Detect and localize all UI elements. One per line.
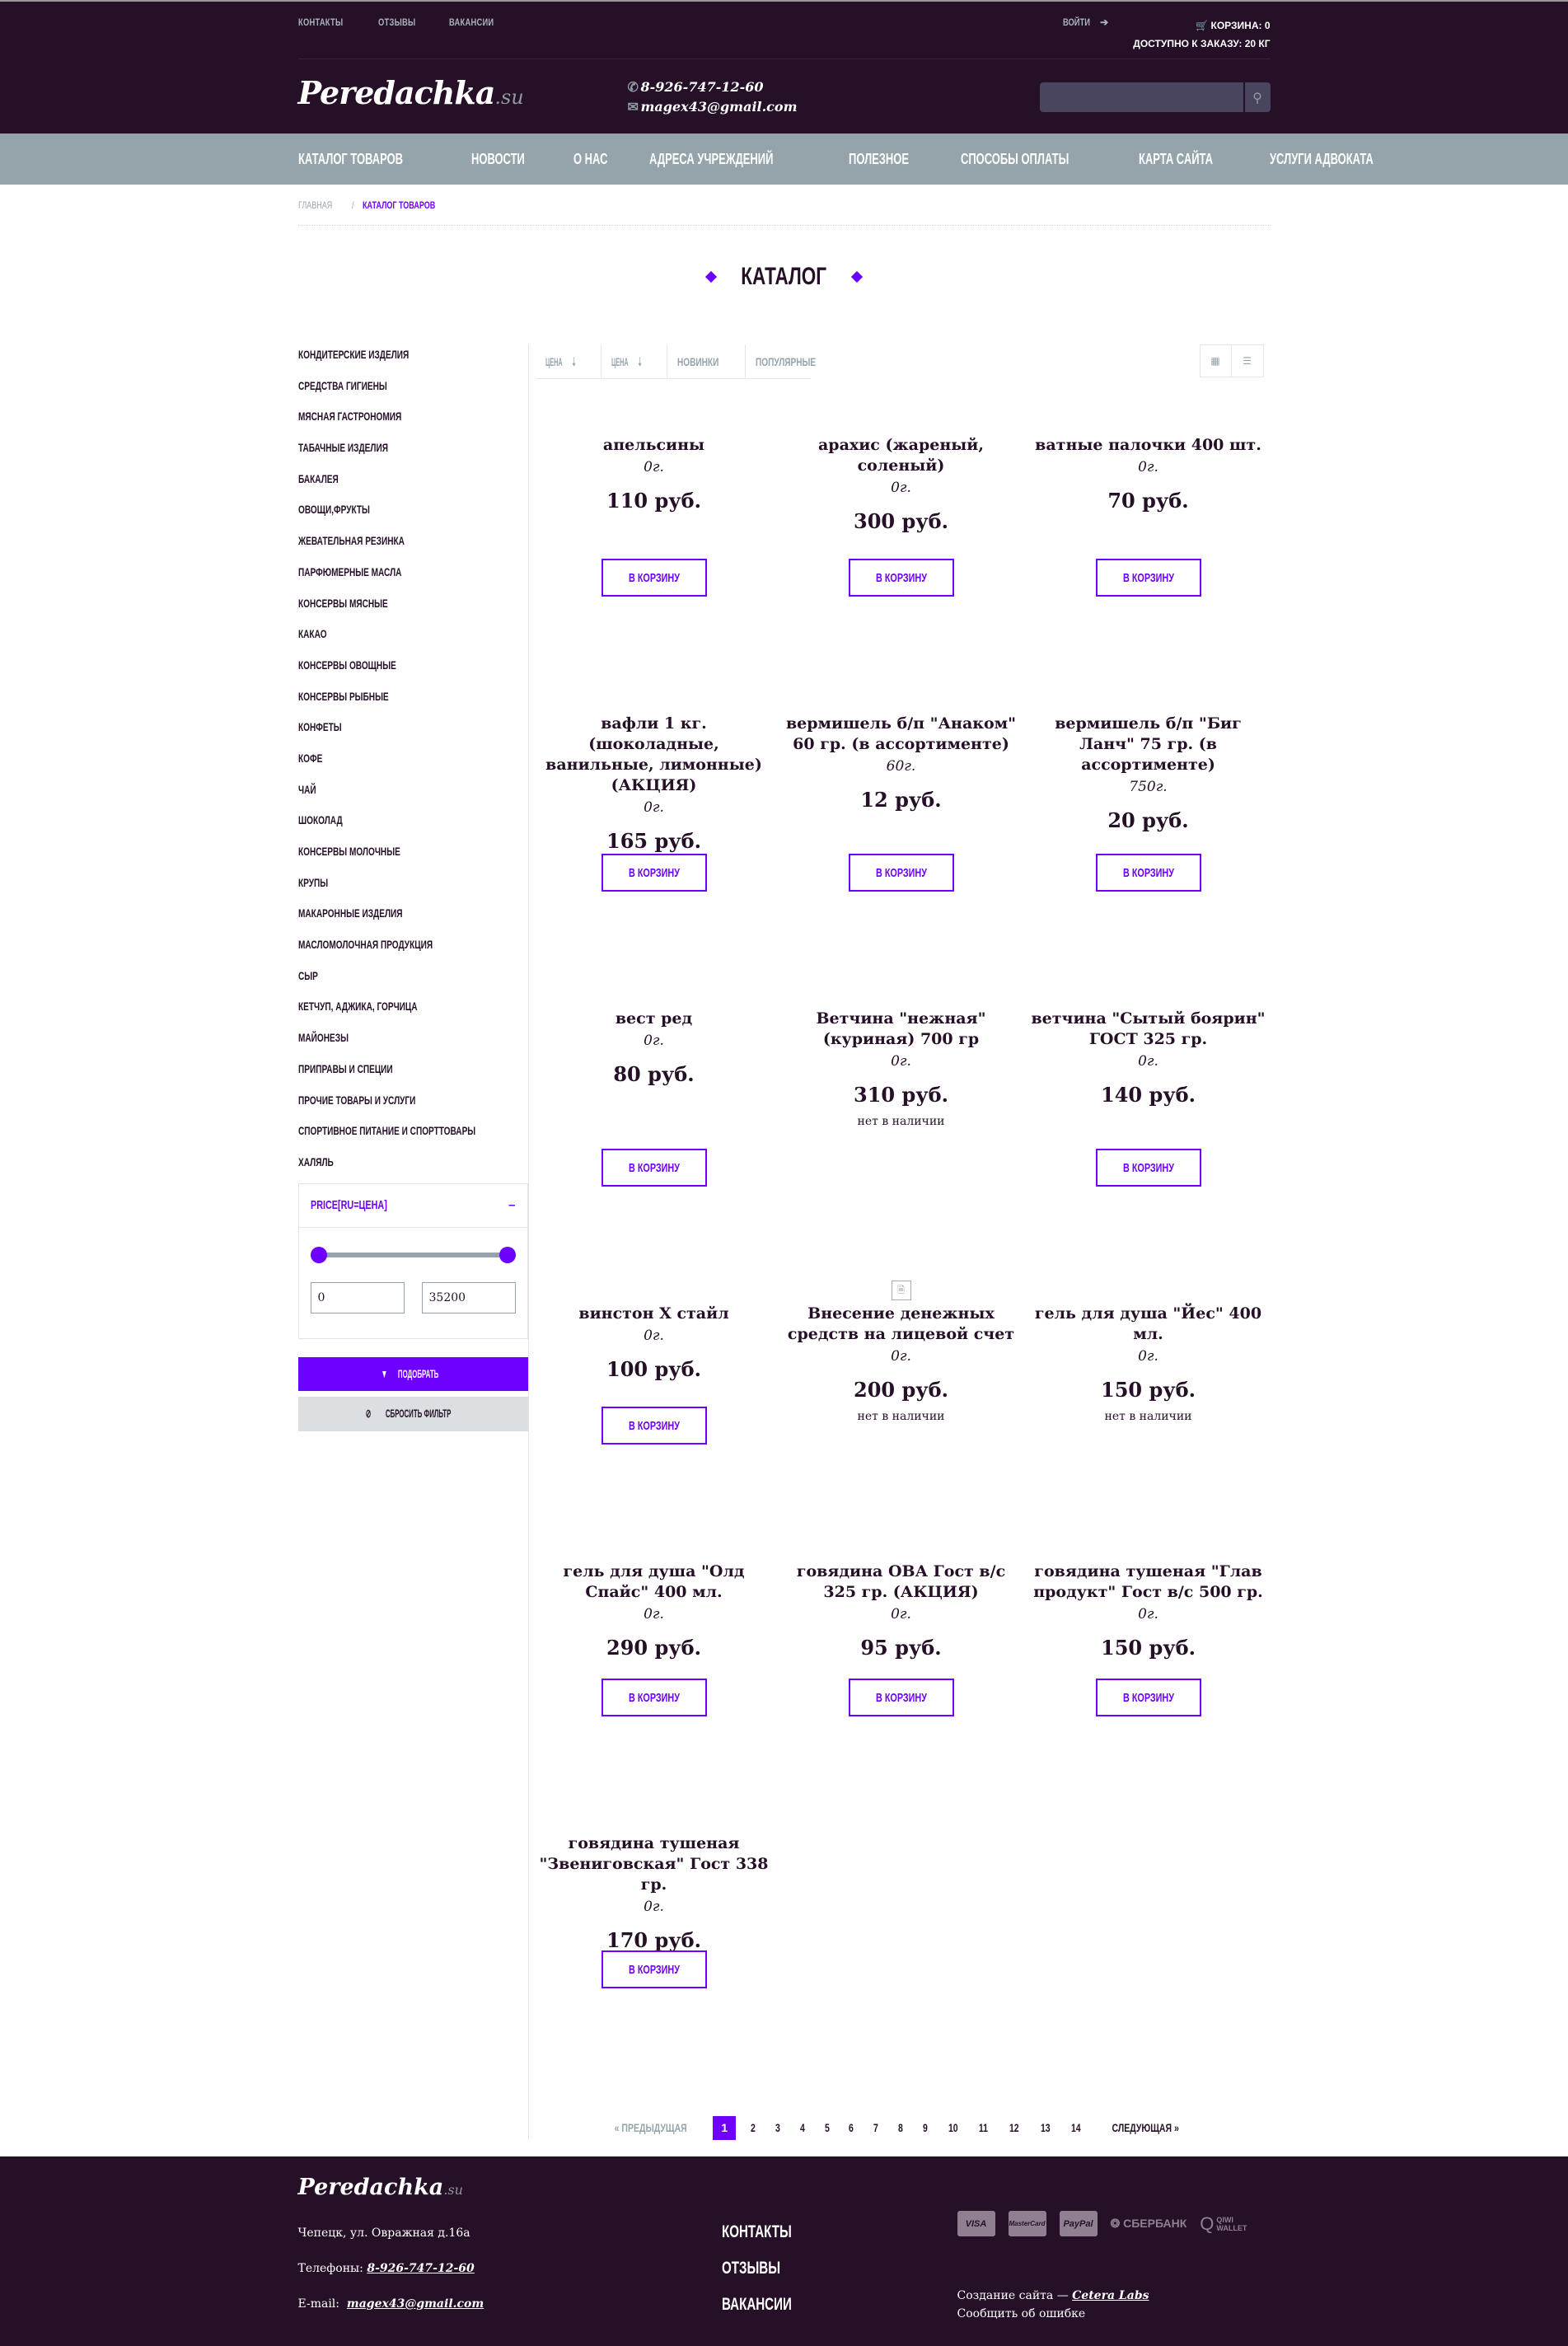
footer-link-contacts[interactable]: КОНТАКТЫ [722,2222,792,2242]
product-name[interactable]: гель для душа "Олд Спайс" 400 мл. [534,1562,775,1603]
product-name[interactable]: вермишель б/п "Биг Ланч" 75 гр. (в ассор… [1028,714,1269,775]
sidebar-category[interactable]: ТАБАЧНЫЕ ИЗДЕЛИЯ [298,438,528,469]
sidebar-category[interactable]: ШОКОЛАД [298,810,528,841]
pagination-next[interactable]: СЛЕДУЮЩАЯ » [1105,2121,1186,2134]
cart-count: КОРЗИНА: 0 [1211,20,1271,31]
apply-filter-button[interactable]: ▼ ПОДОБРАТЬ [298,1357,528,1391]
pagination-page[interactable]: 6 [842,2121,860,2134]
product-grid: апельсины0г.110 руб.В КОРЗИНУарахис (жар… [531,412,1272,2082]
envelope-icon: ✉ [628,97,641,117]
product-weight: 750г. [1028,779,1269,795]
sidebar-category[interactable]: КОНФЕТЫ [298,717,528,748]
ban-icon: ⊘ [365,1407,371,1421]
product-price: 200 руб. [781,1378,1022,1402]
product-price: 95 руб. [781,1636,1022,1660]
product-card: говядина ОВА Гост в/с 325 гр. (АКЦИЯ)0г.… [778,1538,1025,1810]
top-links: КОНТАКТЫ ОТЗЫВЫ ВАКАНСИИ [298,16,508,28]
search-input[interactable] [1040,82,1243,112]
product-card: говядина тушеная "Глав продукт" Гост в/с… [1025,1538,1272,1810]
filter-title: PRICE[RU=ЦЕНА] [311,1198,387,1212]
add-to-cart-button[interactable]: В КОРЗИНУ [849,854,954,892]
add-to-cart-button[interactable]: В КОРЗИНУ [1096,1149,1201,1187]
sort-popular[interactable]: ПОПУЛЯРНЫЕ [746,344,850,379]
pagination-page[interactable]: 2 [744,2121,762,2134]
pagination: « ПРЕДЫДУЩАЯ1234567891011121314СЛЕДУЮЩАЯ… [521,2115,1272,2140]
sidebar-category[interactable]: ХАЛЯЛЬ [298,1152,528,1183]
product-card: гель для душа "Йес" 400 мл.0г.150 руб.не… [1025,1281,1272,1538]
sidebar-category[interactable]: СРЕДСТВА ГИГИЕНЫ [298,376,528,407]
page-title: КАТАЛОГ [298,262,1271,311]
header-contacts: ✆8-926-747-12-60 ✉magex43@gmail.com [628,77,798,117]
pagination-page[interactable]: 4 [793,2121,812,2134]
product-name[interactable]: ветчина "Сытый боярин" ГОСТ 325 гр. [1028,1009,1269,1050]
product-price: 290 руб. [534,1636,775,1660]
site-logo[interactable]: Peredachka.su [298,74,524,111]
view-toggle: ▦ ☰ [1200,344,1264,377]
sign-in-icon: ➔ [1100,16,1108,28]
pagination-page[interactable]: 1 [713,2116,736,2140]
product-price: 150 руб. [1028,1636,1269,1660]
product-weight: 0г. [534,1328,775,1344]
product-name[interactable]: ватные палочки 400 шт. [1028,435,1269,456]
add-to-cart-button[interactable]: В КОРЗИНУ [601,1679,707,1716]
product-weight: 0г. [534,799,775,816]
pagination-page[interactable]: 9 [916,2121,934,2134]
nav-sitemap[interactable]: КАРТА САЙТА [1139,151,1213,168]
collapse-icon[interactable]: – [508,1198,515,1212]
product-card: Ветчина "нежная" (куриная) 700 гр0г.310 … [778,986,1025,1281]
price-max-input[interactable] [422,1282,516,1313]
sidebar-category[interactable]: КАКАО [298,624,528,655]
product-weight: 0г. [534,1033,775,1049]
list-view-button[interactable]: ☰ [1232,345,1263,377]
sidebar-category[interactable]: МАКАРОННЫЕ ИЗДЕЛИЯ [298,903,528,934]
pagination-page[interactable]: 11 [972,2121,995,2134]
product-card: вест ред0г.80 руб.В КОРЗИНУ [531,986,778,1281]
slider-track [319,1253,508,1257]
pagination-page[interactable]: 10 [941,2121,964,2134]
add-to-cart-button[interactable]: В КОРЗИНУ [1096,1679,1201,1716]
mastercard-icon: MasterCard [1009,2211,1046,2236]
product-weight: 0г. [781,480,1022,496]
developer-link[interactable]: Cetera Labs [1072,2289,1149,2302]
product-price: 100 руб. [534,1357,775,1381]
product-name[interactable]: Внесение денежных средств на лицевой сче… [781,1304,1022,1345]
product-card: арахис (жареный, соленый)0г.300 руб.В КО… [778,412,1025,691]
header-email[interactable]: magex43@gmail.com [641,99,798,115]
top-link-reviews[interactable]: ОТЗЫВЫ [378,16,415,28]
paypal-icon: PayPal [1060,2211,1098,2236]
product-name[interactable]: Ветчина "нежная" (куриная) 700 гр [781,1009,1022,1050]
slider-handle-min[interactable] [311,1247,327,1263]
phone-icon: ✆ [628,77,641,97]
search-button[interactable]: ⚲ [1243,82,1271,112]
payment-methods: VISA MasterCard PayPal ❂ СБЕРБАНК QQIWI … [957,2211,1247,2236]
reset-filter-button[interactable]: ⊘ СБРОСИТЬ ФИЛЬТР [298,1397,528,1431]
breadcrumb-separator: / [352,199,354,211]
pagination-page[interactable]: 3 [769,2121,787,2134]
nav-catalog[interactable]: КАТАЛОГ ТОВАРОВ [298,151,403,168]
stock-status: нет в наличии [1028,1410,1269,1423]
add-to-cart-button[interactable]: В КОРЗИНУ [849,1679,954,1716]
add-to-cart-button[interactable]: В КОРЗИНУ [601,559,707,597]
product-weight: 0г. [1028,1053,1269,1070]
product-weight: 0г. [1028,459,1269,475]
sidebar-category[interactable]: МАСЛОМОЛОЧНАЯ ПРОДУКЦИЯ [298,934,528,966]
footer-contacts: Чепецк, ул. Овражная д.16а Телефоны: 8-9… [298,2216,484,2322]
sidebar-category[interactable]: СПОРТИВНОЕ ПИТАНИЕ И СПОРТТОВАРЫ [298,1121,528,1152]
reset-filter-label: СБРОСИТЬ ФИЛЬТР [385,1407,450,1420]
sidebar-category[interactable]: КОНСЕРВЫ РЫБНЫЕ [298,686,528,718]
product-price: 12 руб. [781,788,1022,812]
product-price: 70 руб. [1028,489,1269,513]
login-link[interactable]: ВОЙТИ ➔ [1063,16,1109,28]
product-price: 80 руб. [534,1062,775,1086]
sidebar-category[interactable]: КОФЕ [298,748,528,780]
nav-addresses[interactable]: АДРЕСА УЧРЕЖДЕНИЙ [649,151,773,168]
product-card: ватные палочки 400 шт.0г.70 руб.В КОРЗИН… [1025,412,1272,691]
header-phone[interactable]: 8-926-747-12-60 [641,79,764,95]
pagination-page[interactable]: 8 [892,2121,910,2134]
sidebar-category[interactable]: СЫР [298,966,528,997]
pagination-page[interactable]: 12 [1003,2121,1026,2134]
sort-price-asc[interactable]: ЦЕНА ⇣ [601,344,667,379]
sidebar-category[interactable]: КОНСЕРВЫ ОВОЩНЫЕ [298,655,528,686]
diamond-icon [705,271,717,283]
add-to-cart-button[interactable]: В КОРЗИНУ [601,1950,707,1988]
list-icon: ☰ [1243,355,1252,367]
nav-payment[interactable]: СПОСОБЫ ОПЛАТЫ [961,151,1069,168]
sidebar-category[interactable]: БАКАЛЕЯ [298,469,528,500]
breadcrumb: ГЛАВНАЯ / КАТАЛОГ ТОВАРОВ [298,185,1271,226]
product-card: вермишель б/п "Биг Ланч" 75 гр. (в ассор… [1025,691,1272,986]
product-price: 170 руб. [534,1928,775,1952]
product-name[interactable]: вермишель б/п "Анаком" 60 гр. (в ассорти… [781,714,1022,755]
footer-logo[interactable]: Peredachka.su [298,2175,463,2200]
add-to-cart-button[interactable]: В КОРЗИНУ [1096,854,1201,892]
cart-icon: 🛒 [1196,20,1208,31]
sberbank-icon: ❂ СБЕРБАНК [1111,2217,1187,2231]
main-nav: КАТАЛОГ ТОВАРОВ НОВОСТИ О НАС АДРЕСА УЧР… [0,133,1568,185]
stock-status: нет в наличии [781,1410,1022,1423]
add-to-cart-button[interactable]: В КОРЗИНУ [601,1407,707,1445]
sort-new[interactable]: НОВИНКИ [667,344,746,379]
nav-useful[interactable]: ПОЛЕЗНОЕ [849,151,909,168]
sidebar-category[interactable]: КЕТЧУП, АДЖИКА, ГОРЧИЦА [298,996,528,1028]
sort-bar: ЦЕНА ⇣ ЦЕНА ⇣ НОВИНКИ ПОПУЛЯРНЫЕ [536,344,811,379]
sort-asc-icon: ⇣ [637,355,642,369]
product-card: ветчина "Сытый боярин" ГОСТ 325 гр.0г.14… [1025,986,1272,1281]
product-card: 🗎Внесение денежных средств на лицевой сч… [778,1281,1025,1538]
available-weight: ДОСТУПНО К ЗАКАЗУ: 20 КГ [1133,35,1270,53]
product-name[interactable]: говядина тушеная "Глав продукт" Гост в/с… [1028,1562,1269,1603]
qiwi-icon: QQIWI WALLET [1200,2216,1246,2232]
sidebar-category[interactable]: КОНСЕРВЫ МЯСНЫЕ [298,593,528,625]
sidebar-category[interactable]: КОНСЕРВЫ МОЛОЧНЫЕ [298,841,528,873]
nav-news[interactable]: НОВОСТИ [471,151,525,168]
product-card: апельсины0г.110 руб.В КОРЗИНУ [531,412,778,691]
top-bar: КОНТАКТЫ ОТЗЫВЫ ВАКАНСИИ ВОЙТИ ➔ 🛒 КОРЗИ… [298,2,1271,59]
report-error-link[interactable]: Сообщить об ошибке [957,2305,1149,2323]
product-price: 165 руб. [534,829,775,853]
search-box: ⚲ [1040,82,1271,112]
product-weight: 0г. [781,1053,1022,1070]
sidebar-category[interactable]: ЧАЙ [298,780,528,811]
product-name[interactable]: апельсины [534,435,775,456]
broken-image-icon: 🗎 [892,1281,911,1300]
product-card: вафли 1 кг. (шоколадные, ванильные, лимо… [531,691,778,986]
page-title-text: КАТАЛОГ [742,263,827,291]
footer-address: Чепецк, ул. Овражная д.16а [298,2216,484,2251]
cart-info: 🛒 КОРЗИНА: 0 ДОСТУПНО К ЗАКАЗУ: 20 КГ [1133,16,1270,53]
site-footer: Peredachka.su Чепецк, ул. Овражная д.16а… [0,2156,1568,2346]
product-price: 310 руб. [781,1083,1022,1107]
footer-link-vacancies[interactable]: ВАКАНСИИ [722,2295,792,2315]
product-card: вермишель б/п "Анаком" 60 гр. (в ассорти… [778,691,1025,986]
search-icon: ⚲ [1252,90,1262,105]
add-to-cart-button[interactable]: В КОРЗИНУ [601,1149,707,1187]
apply-filter-label: ПОДОБРАТЬ [398,1367,438,1380]
top-link-vacancies[interactable]: ВАКАНСИИ [449,16,494,28]
sidebar-category[interactable]: ПРИПРАВЫ И СПЕЦИИ [298,1059,528,1090]
filter-header[interactable]: PRICE[RU=ЦЕНА] – [299,1184,527,1228]
product-weight: 0г. [1028,1348,1269,1365]
footer-credit: Создание сайта — Cetera Labs Сообщить об… [957,2287,1149,2323]
category-list: КОНДИТЕРСКИЕ ИЗДЕЛИЯСРЕДСТВА ГИГИЕНЫМЯСН… [298,344,528,1183]
product-name[interactable]: вафли 1 кг. (шоколадные, ванильные, лимо… [534,714,775,796]
pagination-page[interactable]: 7 [867,2121,885,2134]
product-name[interactable]: вест ред [534,1009,775,1029]
grid-view-button[interactable]: ▦ [1201,345,1232,377]
sidebar-category[interactable]: ПРОЧИЕ ТОВАРЫ И УСЛУГИ [298,1090,528,1121]
add-to-cart-button[interactable]: В КОРЗИНУ [1096,559,1201,597]
sort-price-desc[interactable]: ЦЕНА ⇣ [536,344,601,379]
cart-link[interactable]: 🛒 КОРЗИНА: 0 [1133,16,1270,35]
product-name[interactable]: говядина тушеная "Звениговская" Гост 338… [534,1833,775,1895]
product-name[interactable]: винстон X стайл [534,1304,775,1324]
sidebar-category[interactable]: ЖЕВАТЕЛЬНАЯ РЕЗИНКА [298,531,528,562]
pagination-prev[interactable]: « ПРЕДЫДУЩАЯ [607,2121,694,2134]
product-price: 150 руб. [1028,1378,1269,1402]
sort-desc-icon: ⇣ [571,355,576,369]
breadcrumb-current[interactable]: КАТАЛОГ ТОВАРОВ [363,199,435,211]
product-weight: 0г. [534,459,775,475]
footer-email[interactable]: magex43@gmail.com [347,2297,484,2311]
stock-status: нет в наличии [781,1115,1022,1128]
product-price: 20 руб. [1028,808,1269,832]
product-name[interactable]: арахис (жареный, соленый) [781,435,1022,476]
price-range-slider[interactable] [311,1246,516,1264]
nav-about[interactable]: О НАС [573,151,607,168]
product-card: говядина тушеная "Звениговская" Гост 338… [531,1810,778,2082]
site-header: КОНТАКТЫ ОТЗЫВЫ ВАКАНСИИ ВОЙТИ ➔ 🛒 КОРЗИ… [0,0,1568,133]
product-weight: 0г. [781,1348,1022,1365]
sidebar-category[interactable]: КОНДИТЕРСКИЕ ИЗДЕЛИЯ [298,344,528,376]
top-link-contacts[interactable]: КОНТАКТЫ [298,16,343,28]
product-price: 140 руб. [1028,1083,1269,1107]
catalog-main: ЦЕНА ⇣ ЦЕНА ⇣ НОВИНКИ ПОПУЛЯРНЫЕ ▦ ☰ апе… [529,344,1272,2140]
product-price: 300 руб. [781,509,1022,533]
product-weight: 0г. [534,1899,775,1915]
price-min-input[interactable] [311,1282,405,1313]
visa-icon: VISA [957,2211,995,2236]
nav-lawyer[interactable]: УСЛУГИ АДВОКАТА [1270,151,1374,168]
product-weight: 0г. [1028,1606,1269,1623]
footer-links: КОНТАКТЫ ОТЗЫВЫ ВАКАНСИИ [722,2222,819,2315]
add-to-cart-button[interactable]: В КОРЗИНУ [849,559,954,597]
sidebar-category[interactable]: КРУПЫ [298,873,528,904]
pagination-page[interactable]: 13 [1033,2121,1056,2134]
login-label: ВОЙТИ [1063,16,1090,28]
pagination-page[interactable]: 5 [817,2121,835,2134]
logo-suffix: .su [494,86,523,109]
diamond-icon [851,271,863,283]
footer-link-reviews[interactable]: ОТЗЫВЫ [722,2259,792,2278]
product-card: гель для душа "Олд Спайс" 400 мл.0г.290 … [531,1538,778,1810]
sidebar: КОНДИТЕРСКИЕ ИЗДЕЛИЯСРЕДСТВА ГИГИЕНЫМЯСН… [298,344,529,2140]
product-weight: 60г. [781,758,1022,775]
product-name[interactable]: гель для душа "Йес" 400 мл. [1028,1304,1269,1345]
footer-phone[interactable]: 8-926-747-12-60 [367,2262,474,2275]
product-name[interactable]: говядина ОВА Гост в/с 325 гр. (АКЦИЯ) [781,1562,1022,1603]
sidebar-category[interactable]: ПАРФЮМЕРНЫЕ МАСЛА [298,562,528,593]
pagination-page[interactable]: 14 [1065,2121,1088,2134]
sidebar-category[interactable]: ОВОЩИ,ФРУКТЫ [298,499,528,531]
add-to-cart-button[interactable]: В КОРЗИНУ [601,854,707,892]
product-weight: 0г. [781,1606,1022,1623]
product-weight: 0г. [534,1606,775,1623]
grid-icon: ▦ [1210,355,1219,367]
slider-handle-max[interactable] [499,1247,516,1263]
sidebar-category[interactable]: МАЙОНЕЗЫ [298,1028,528,1059]
sidebar-category[interactable]: МЯСНАЯ ГАСТРОНОМИЯ [298,406,528,438]
logo-main: Peredachka [298,74,495,111]
product-price: 110 руб. [534,489,775,513]
price-filter: PRICE[RU=ЦЕНА] – [298,1183,528,1339]
filter-icon: ▼ [381,1367,388,1380]
breadcrumb-home[interactable]: ГЛАВНАЯ [298,199,332,211]
product-card: винстон X стайл0г.100 руб.В КОРЗИНУ [531,1281,778,1538]
